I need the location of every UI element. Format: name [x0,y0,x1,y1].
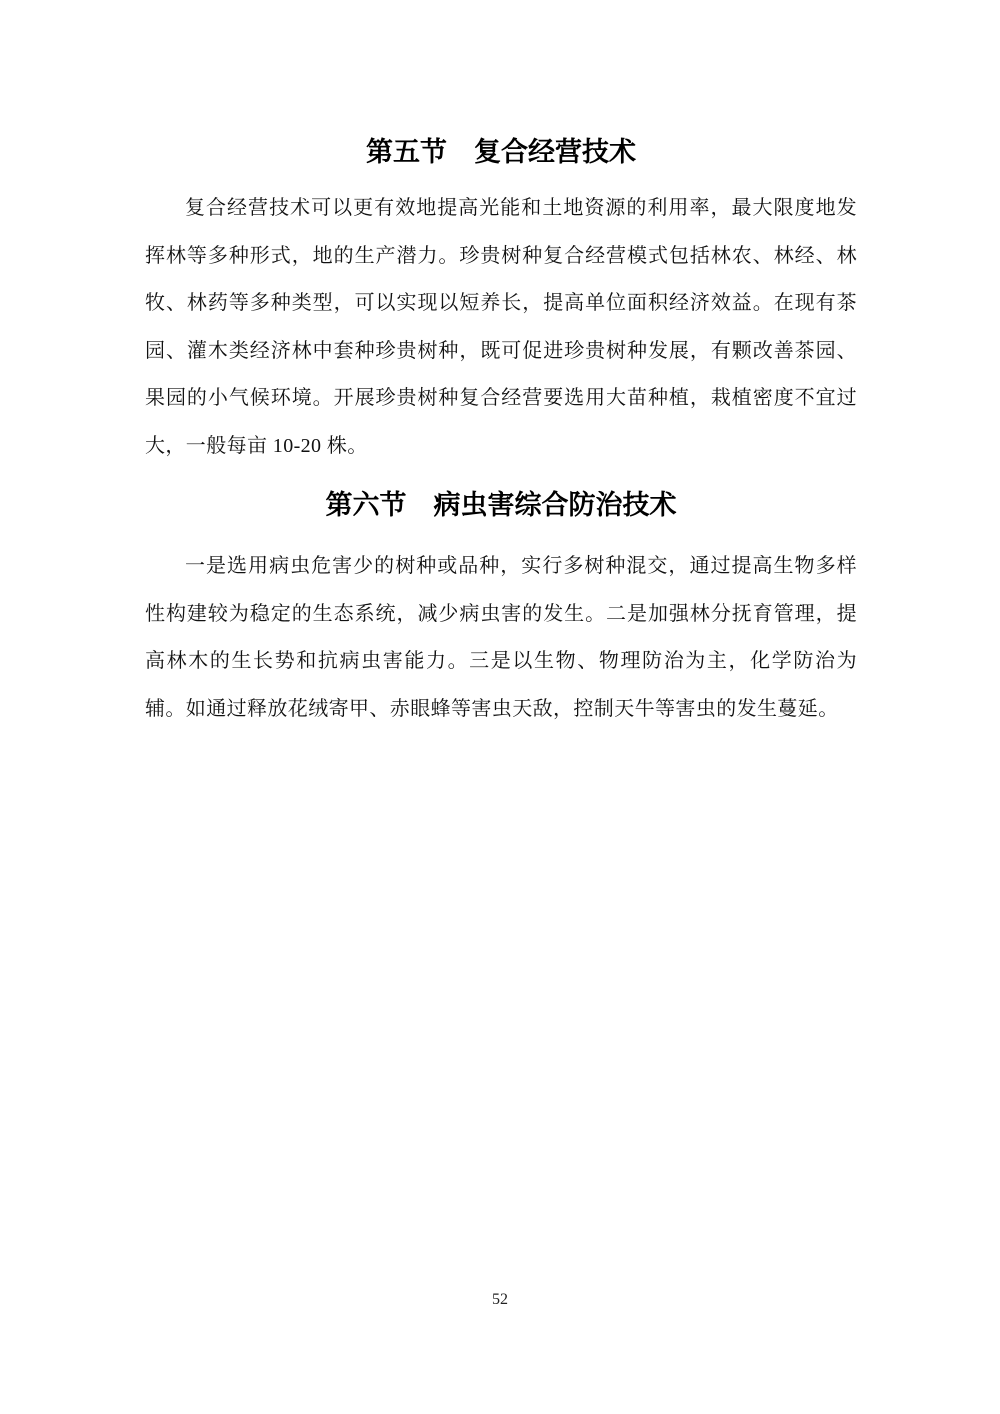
section-5-heading: 第五节 复合经营技术 [145,134,857,170]
section-6-paragraph: 一是选用病虫危害少的树种或品种，实行多树种混交，通过提高生物多样性构建较为稳定的… [145,543,857,733]
section-6-heading: 第六节 病虫害综合防治技术 [145,487,857,523]
document-page: 第五节 复合经营技术 复合经营技术可以更有效地提高光能和土地资源的利用率，最大限… [0,0,1000,1414]
section-5-paragraph: 复合经营技术可以更有效地提高光能和土地资源的利用率，最大限度地发挥林等多种形式，… [145,185,857,470]
page-number: 52 [0,1291,1000,1309]
